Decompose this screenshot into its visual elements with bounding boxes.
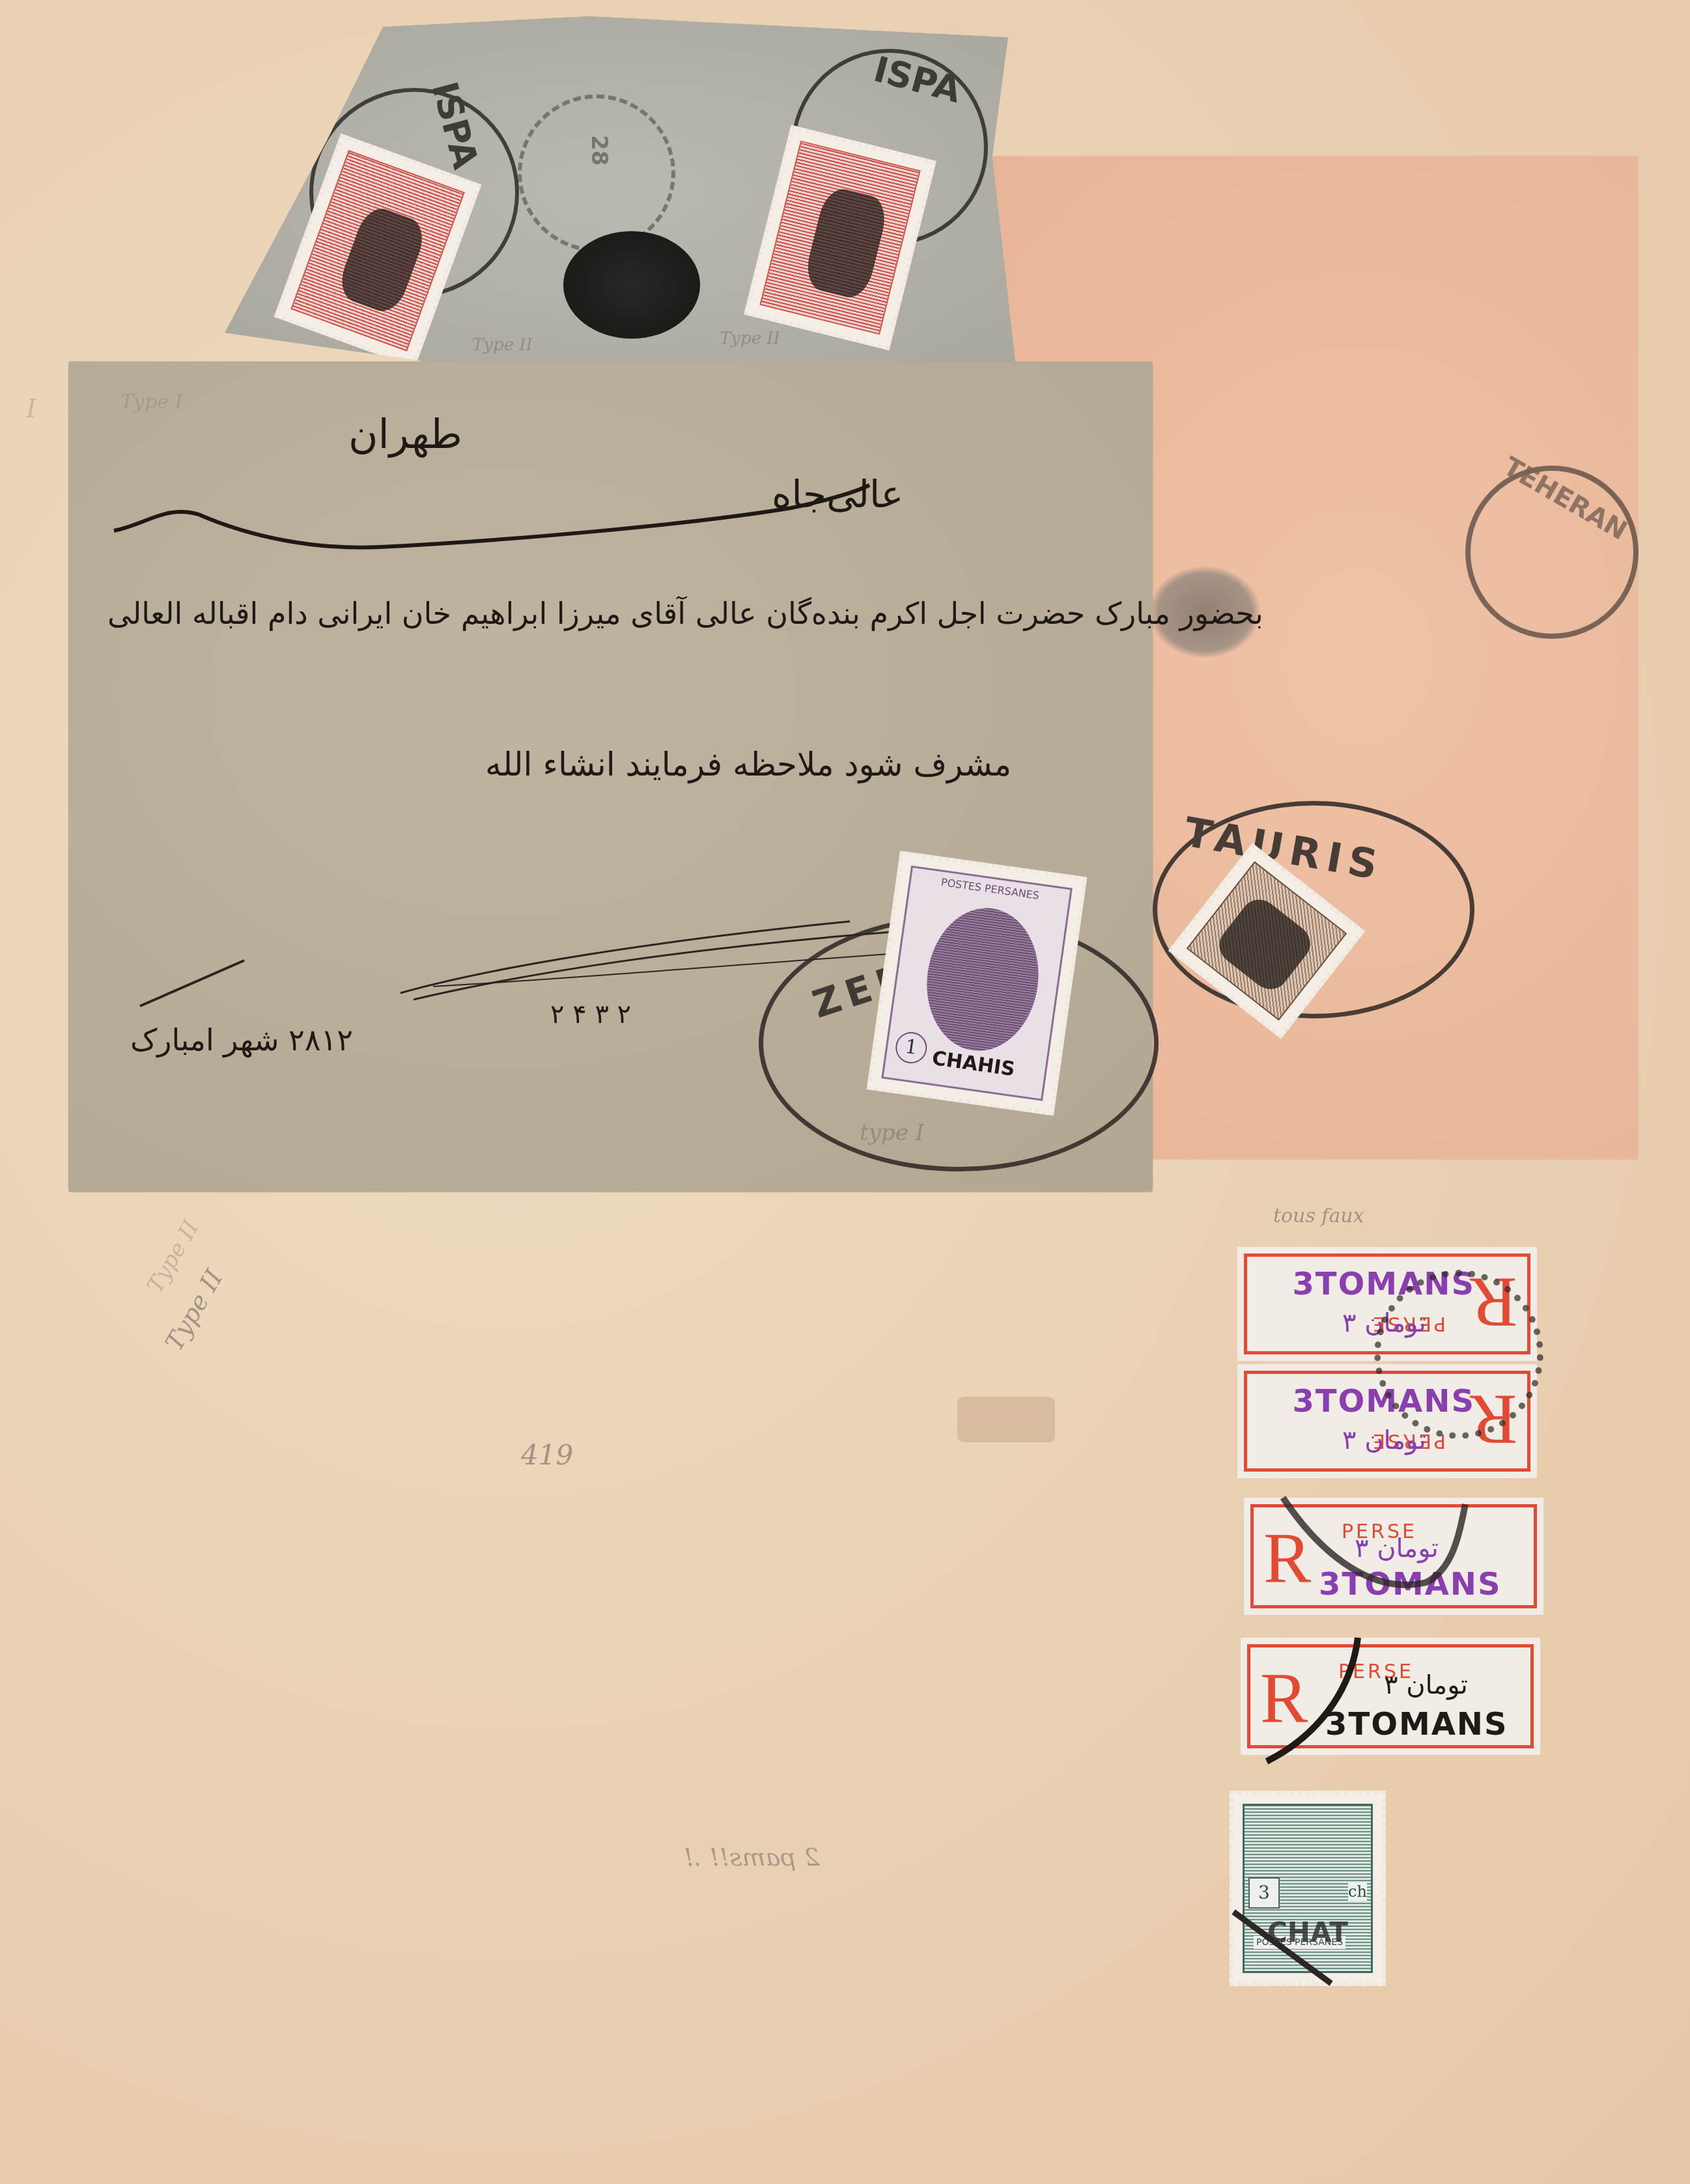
green-stamp-cancel <box>1227 1892 1357 1996</box>
pencil-note-type-1: type I <box>860 1120 924 1146</box>
main-cover: Type I طهران عالی‌جاه بحضور مبارک حضرت ا… <box>68 361 1153 1192</box>
sender-line: ۲۸۱۲ شهر امبارک <box>130 1022 353 1057</box>
red-stamp-right <box>744 125 937 351</box>
pencil-note-type-1-faint: Type I <box>120 391 182 413</box>
black-seal <box>563 231 700 339</box>
show-through-text: 2 pams!! .! <box>684 1843 820 1871</box>
labels-note: tous faux <box>1273 1205 1364 1227</box>
sender-stroke <box>127 954 257 1013</box>
hinge-remnant <box>957 1397 1055 1442</box>
pencil-note-type-2-right: Type II <box>720 329 780 348</box>
address-city: طهران <box>348 410 462 458</box>
margin-note-left-edge: I <box>26 394 36 424</box>
violet-portrait-stamp: POSTES PERSANES 1 CHAHIS <box>867 851 1088 1116</box>
pencil-note-type-2-left: Type II <box>472 335 533 355</box>
portrait-oval <box>918 901 1047 1058</box>
registration-label-4: R PERSE ۳ تومان 3TOMANS <box>1241 1638 1540 1755</box>
address-line-1: عالی‌جاه <box>772 472 903 516</box>
registration-label-3: R PERSE ۳ تومان 3TOMANS <box>1244 1498 1543 1615</box>
teheran-postmark: TEHERAN <box>1465 466 1639 639</box>
cover-fragment: ISPA 28 ISPA Type II Type II <box>225 16 1016 368</box>
label-pair-postmark <box>1374 1270 1543 1439</box>
green-lion-stamp: 3 ch POSTES PERSANES CHAT <box>1230 1791 1386 1986</box>
label-4-cancel <box>1241 1625 1540 1768</box>
address-flourish <box>107 479 1215 557</box>
address-line-3: مشرف شود ملاحظه فرمایند انشاء الله <box>485 746 1011 783</box>
faded-postmark: 28 <box>518 94 675 252</box>
label-3-cancel <box>1244 1485 1543 1615</box>
serial-number-handwritten: ۲ ۳ ۴ ۲ <box>550 1000 631 1029</box>
address-line-2: بحضور مبارک حضرت اجل اکرم بنده‌گان عالی … <box>107 596 1263 631</box>
margin-note-number: 419 <box>521 1439 573 1471</box>
